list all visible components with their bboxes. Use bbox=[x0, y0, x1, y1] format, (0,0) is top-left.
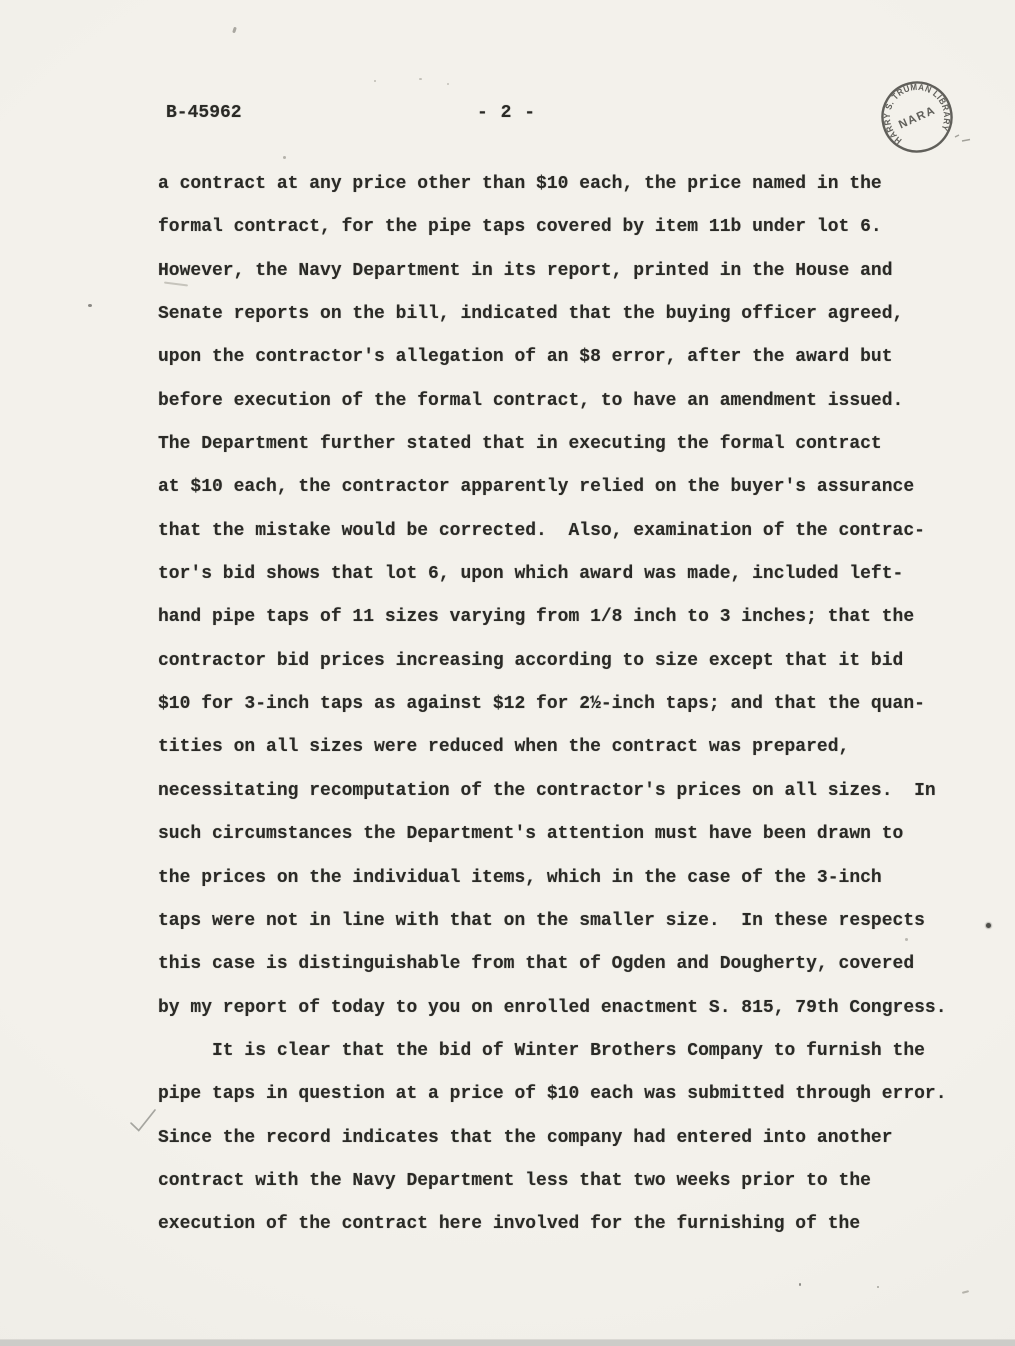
paper-speck bbox=[447, 83, 449, 85]
text-line: contract with the Navy Department less t… bbox=[158, 1160, 978, 1203]
text-line: The Department further stated that in ex… bbox=[158, 423, 978, 466]
text-line: by my report of today to you on enrolled… bbox=[158, 987, 978, 1030]
text-line: hand pipe taps of 11 sizes varying from … bbox=[158, 596, 978, 639]
paper-speck bbox=[962, 1290, 969, 1294]
stamp-center-text: NARA bbox=[897, 104, 938, 131]
document-number: B-45962 bbox=[166, 103, 242, 123]
paper-speck bbox=[799, 1283, 801, 1286]
text-line: a contract at any price other than $10 e… bbox=[158, 163, 978, 206]
text-line: It is clear that the bid of Winter Broth… bbox=[158, 1030, 978, 1073]
text-line: formal contract, for the pipe taps cover… bbox=[158, 206, 978, 249]
text-line: at $10 each, the contractor apparently r… bbox=[158, 466, 978, 509]
ink-dot bbox=[986, 923, 991, 928]
text-line: $10 for 3-inch taps as against $12 for 2… bbox=[158, 683, 978, 726]
text-line: necessitating recomputation of the contr… bbox=[158, 770, 978, 813]
paper-speck bbox=[905, 938, 908, 941]
text-line: pipe taps in question at a price of $10 … bbox=[158, 1073, 978, 1116]
scanned-document-page: B-45962 - 2 - HARRY S. TRUMAN LIBRARY NA… bbox=[0, 0, 1015, 1346]
paper-speck bbox=[877, 1286, 879, 1288]
body-text: a contract at any price other than $10 e… bbox=[158, 163, 978, 1247]
text-line: such circumstances the Department's atte… bbox=[158, 813, 978, 856]
paper-speck bbox=[232, 27, 237, 34]
text-line: this case is distinguishable from that o… bbox=[158, 943, 978, 986]
text-line: taps were not in line with that on the s… bbox=[158, 900, 978, 943]
scan-edge bbox=[0, 1339, 1015, 1346]
paper-speck bbox=[419, 78, 422, 80]
text-line: the prices on the individual items, whic… bbox=[158, 857, 978, 900]
text-line: that the mistake would be corrected. Als… bbox=[158, 510, 978, 553]
paper-speck bbox=[374, 80, 376, 82]
text-line: tities on all sizes were reduced when th… bbox=[158, 726, 978, 769]
text-line: upon the contractor's allegation of an $… bbox=[158, 336, 978, 379]
text-line: before execution of the formal contract,… bbox=[158, 380, 978, 423]
text-line: execution of the contract here involved … bbox=[158, 1203, 978, 1246]
text-line: tor's bid shows that lot 6, upon which a… bbox=[158, 553, 978, 596]
page-number: - 2 - bbox=[477, 103, 536, 123]
pencil-checkmark-icon bbox=[128, 1108, 160, 1136]
text-line: contractor bid prices increasing accordi… bbox=[158, 640, 978, 683]
pencil-marks bbox=[952, 130, 978, 148]
text-line: Senate reports on the bill, indicated th… bbox=[158, 293, 978, 336]
paper-speck bbox=[88, 304, 92, 307]
paper-speck bbox=[283, 156, 286, 159]
text-line: Since the record indicates that the comp… bbox=[158, 1117, 978, 1160]
text-line: However, the Navy Department in its repo… bbox=[158, 250, 978, 293]
